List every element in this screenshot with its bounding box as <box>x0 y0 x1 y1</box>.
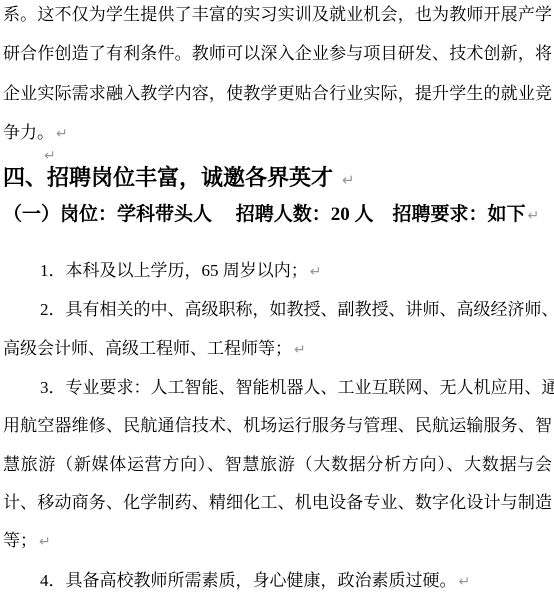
paragraph-mark-icon: ↵ <box>459 574 471 590</box>
requirement-item-3-line: 计、移动商务、化学制药、精细化工、机电设备专业、数字化设计与制造 <box>3 484 552 522</box>
paragraph-line: 企业实际需求融入教学内容，使教学更贴合行业实际，提升学生的就业竞 <box>3 74 552 113</box>
paragraph-line: 研合作创造了有利条件。教师可以深入企业参与项目研发、技术创新，将 <box>3 34 552 73</box>
paragraph-mark-icon: ↵ <box>56 126 68 142</box>
section-heading-text: 四、招聘岗位丰富，诚邀各界英才 <box>3 165 333 190</box>
requirement-text: 1．本科及以上学历，65 周岁以内； <box>40 261 308 280</box>
paragraph-mark-icon: ↵ <box>294 342 306 358</box>
intro-paragraph: 系。这不仅为学生提供了丰富的实习实训及就业机会，也为教师开展产学 研合作创造了有… <box>3 0 552 155</box>
position-summary-text: （一）岗位：学科带头人 招聘人数：20 人 招聘要求：如下 <box>3 204 526 225</box>
section-heading: 四、招聘岗位丰富，诚邀各界英才↵ <box>3 164 552 194</box>
requirement-text: 高级会计师、高级工程师、工程师等； <box>3 339 292 358</box>
paragraph-mark-icon: ↵ <box>528 208 540 224</box>
requirement-item-3-line: 3．专业要求：人工智能、智能机器人、工业互联网、无人机应用、通 <box>3 369 552 407</box>
paragraph-mark-icon: ↵ <box>310 264 322 280</box>
paragraph-line: 争力。↵ <box>3 113 552 154</box>
paragraph-mark-icon: ↵ <box>44 148 56 164</box>
requirement-text: 等； <box>3 531 37 550</box>
requirements-list: 1．本科及以上学历，65 周岁以内；↵ 2．具有相关的中、高级职称，如教授、副教… <box>3 252 552 601</box>
paragraph-line-text: 争力。 <box>3 123 54 142</box>
requirement-item-2-line: 2．具有相关的中、高级职称，如教授、副教授、讲师、高级经济师、 <box>3 291 552 329</box>
requirement-item-3-line: 用航空器维修、民航通信技术、机场运行服务与管理、民航运输服务、智 <box>3 407 552 445</box>
paragraph-mark-icon: ↵ <box>39 534 51 550</box>
requirement-item-4: 4．具备高校教师所需素质，身心健康，政治素质过硬。↵ <box>3 562 552 601</box>
paragraph-line: 系。这不仅为学生提供了丰富的实习实训及就业机会，也为教师开展产学 <box>3 0 552 34</box>
requirement-item-1: 1．本科及以上学历，65 周岁以内；↵ <box>3 252 552 291</box>
requirement-item-3-line: 慧旅游（新媒体运营方向）、智慧旅游（大数据分析方向）、大数据与会 <box>3 446 552 484</box>
document-page: 系。这不仅为学生提供了丰富的实习实训及就业机会，也为教师开展产学 研合作创造了有… <box>0 0 554 608</box>
paragraph-mark-icon: ↵ <box>342 171 355 189</box>
requirement-item-3-line: 等；↵ <box>3 522 552 561</box>
position-summary-line: （一）岗位：学科带头人 招聘人数：20 人 招聘要求：如下↵ <box>3 201 552 230</box>
requirement-item-2-line: 高级会计师、高级工程师、工程师等；↵ <box>3 330 552 369</box>
requirement-text: 4．具备高校教师所需素质，身心健康，政治素质过硬。 <box>40 571 457 590</box>
empty-paragraph: ↵ <box>44 146 56 166</box>
